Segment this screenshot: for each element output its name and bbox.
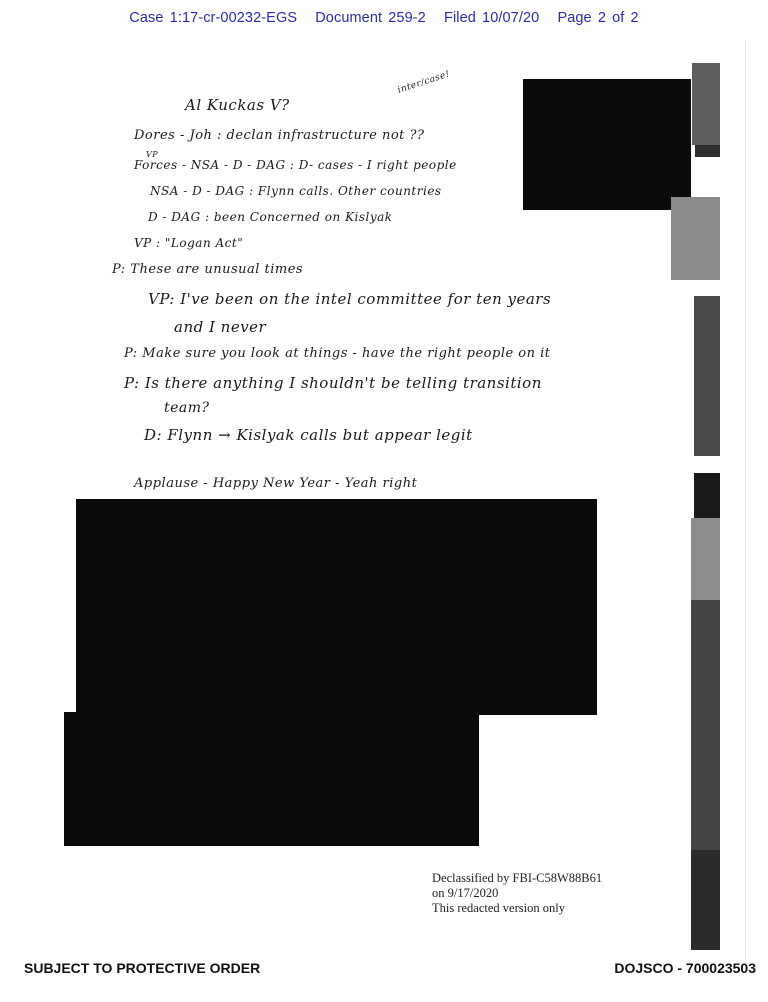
edge-strip-segment — [691, 850, 720, 950]
case-number: Case 1:17-cr-00232-EGS — [129, 10, 297, 26]
handwritten-line: P: Make sure you look at things - have t… — [124, 346, 551, 361]
handwritten-line: VP: I've been on the intel committee for… — [148, 290, 551, 308]
handwritten-line: and I never — [174, 318, 266, 336]
handwritten-line: D - DAG : been Concerned on Kislyak — [148, 210, 393, 224]
redaction-large-upper — [76, 499, 597, 715]
handwritten-line: Forces - NSA - D - DAG : D- cases - I ri… — [134, 158, 457, 172]
handwritten-line: Applause - Happy New Year - Yeah right — [134, 476, 417, 491]
edge-strip-segment — [695, 145, 720, 157]
handwritten-line: Dores - Joh : declan infrastructure not … — [134, 128, 424, 143]
edge-strip-segment — [691, 518, 720, 600]
declass-line-1: Declassified by FBI-C58W88B61 — [432, 871, 602, 886]
page-indicator: Page 2 of 2 — [557, 10, 638, 26]
protective-order-label: SUBJECT TO PROTECTIVE ORDER — [24, 960, 260, 976]
edge-strip-segment — [692, 63, 720, 145]
bates-number: DOJSCO - 700023503 — [614, 960, 756, 976]
handwritten-line: VP : "Logan Act" — [134, 236, 243, 250]
declassification-stamp: Declassified by FBI-C58W88B61 on 9/17/20… — [432, 871, 602, 916]
redaction-top-right — [523, 79, 691, 210]
handwritten-line: team? — [164, 400, 210, 416]
case-header: Case 1:17-cr-00232-EGS Document 259-2 Fi… — [0, 10, 768, 26]
document-number: Document 259-2 — [315, 10, 426, 26]
handwritten-line: Al Kuckas V? — [185, 96, 290, 114]
handwritten-line: P: These are unusual times — [112, 262, 303, 277]
edge-strip-segment — [694, 473, 720, 518]
redaction-large-lower — [64, 712, 479, 846]
declass-line-2: on 9/17/2020 — [432, 886, 602, 901]
edge-strip-segment — [691, 600, 720, 850]
handwritten-line: D: Flynn → Kislyak calls but appear legi… — [144, 426, 473, 444]
declass-line-3: This redacted version only — [432, 901, 602, 916]
edge-strip-segment — [694, 296, 720, 456]
filed-date: Filed 10/07/20 — [444, 10, 539, 26]
handwritten-line: NSA - D - DAG : Flynn calls. Other count… — [150, 184, 442, 198]
scan-edge-line — [745, 40, 746, 960]
handwritten-line: P: Is there anything I shouldn't be tell… — [124, 374, 542, 392]
handwritten-line: inter/case! — [396, 69, 451, 95]
edge-strip-segment — [671, 197, 720, 280]
